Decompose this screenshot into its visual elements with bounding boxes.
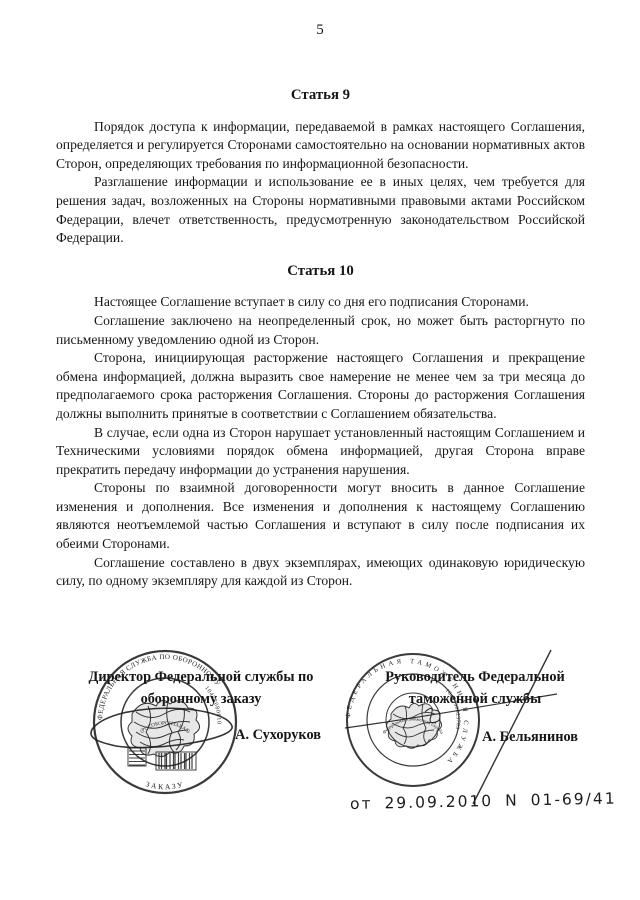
paragraph-access-order: Порядок доступа к информации, передаваем…: [56, 118, 585, 174]
article-10-heading: Статья 10: [56, 262, 585, 281]
document-page: 5 Статья 9 Порядок доступа к информации,…: [0, 0, 640, 900]
paragraph-copies: Соглашение составлено в двух экземплярах…: [56, 554, 585, 591]
seal-ring-text-bottom: ЗАКАЗУ: [145, 779, 186, 791]
paragraph-amendments: Стороны по взаимной договоренности могут…: [56, 479, 585, 553]
paragraph-disclosure: Разглашение информации и использование е…: [56, 173, 585, 247]
paragraph-termination-notice: Сторона, инициирующая расторжение настоя…: [56, 349, 585, 423]
round-seal-left: ФЕДЕРАЛЬНАЯ СЛУЖБА ПО ОБОРОННОМУ ЗАКАЗУ …: [28, 648, 243, 806]
paragraph-termination: Соглашение заключено на неопределенный с…: [56, 312, 585, 349]
paragraph-violation: В случае, если одна из Сторон нарушает у…: [56, 424, 585, 480]
signer-name-left: А. Сухоруков: [235, 724, 321, 746]
svg-text:ЗАКАЗУ: ЗАКАЗУ: [145, 779, 186, 791]
paragraph-entry-into-force: Настоящее Соглашение вступает в силу со …: [56, 293, 585, 312]
article-9-heading: Статья 9: [56, 86, 585, 105]
page-number: 5: [0, 22, 640, 39]
round-seal-right: ФЕДЕРАЛЬНАЯ ТАМОЖЕННАЯ СЛУЖБА Федеральна…: [325, 648, 570, 810]
document-body: Статья 9 Порядок доступа к информации, п…: [56, 86, 585, 591]
double-headed-eagle-emblem-icon: [386, 703, 441, 748]
